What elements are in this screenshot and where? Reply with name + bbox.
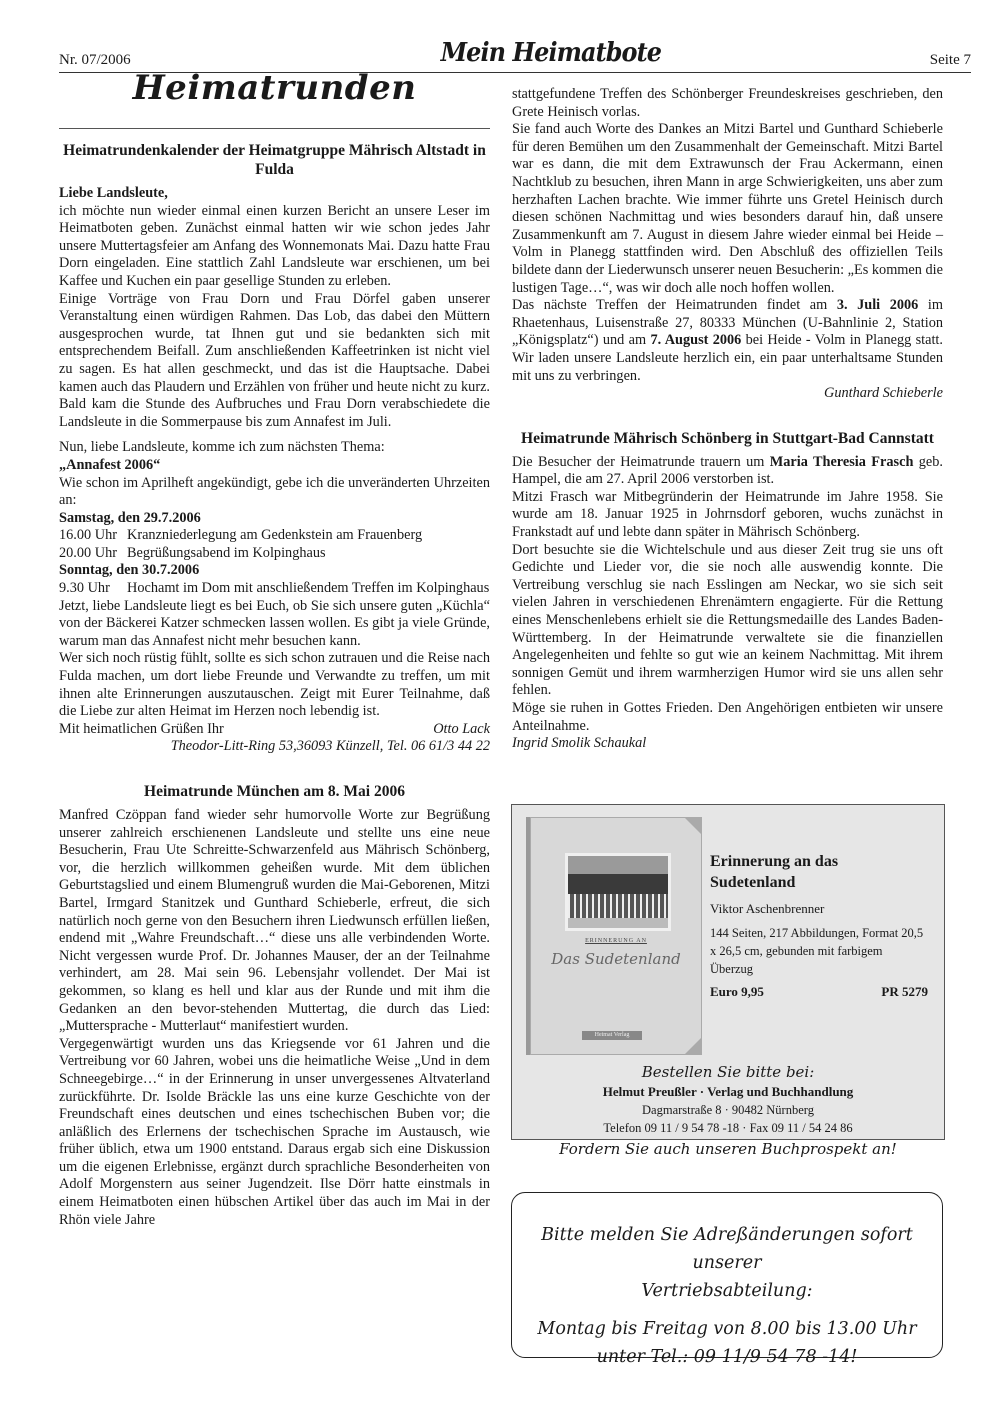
book-title: Erinnerung an das Sudetenland	[710, 851, 928, 893]
paragraph: Möge sie ruhen in Gottes Frieden. Den An…	[512, 700, 943, 735]
right-column: stattgefundene Treffen des Schönberger F…	[512, 86, 943, 753]
schedule-desc: Begrüßungsabend im Kolpinghaus	[127, 545, 490, 563]
cover-title: Das Sudetenland	[530, 950, 702, 968]
paragraph: ich möchte nun wieder einmal einen kurze…	[59, 203, 490, 291]
schedule-time: 16.00 Uhr	[59, 527, 127, 545]
paragraph: Wer sich noch rüstig fühlt, sollte es si…	[59, 650, 490, 720]
schedule-desc: Kranzniederlegung am Gedenkstein am Frau…	[127, 527, 490, 545]
publisher-phone: Telefon 09 11 / 9 54 78 -18 · Fax 09 11 …	[512, 1121, 944, 1136]
paragraph: Sie fand auch Worte des Dankes an Mitzi …	[512, 121, 943, 297]
paragraph: Das nächste Treffen der Heimatrunden fin…	[512, 297, 943, 385]
left-column: Heimatrunden Heimatrundenkalender der He…	[59, 80, 490, 1229]
notice-line: Vertriebsabteilung:	[512, 1277, 942, 1305]
address-change-notice: Bitte melden Sie Adreßänderungen sofort …	[511, 1192, 943, 1358]
issue-number: Nr. 07/2006	[59, 52, 131, 69]
notice-line: Montag bis Freitag von 8.00 bis 13.00 Uh…	[512, 1315, 942, 1343]
greeting: Liebe Landsleute,	[59, 185, 490, 203]
notice-line: Bitte melden Sie Adreßänderungen sofort …	[512, 1221, 942, 1277]
masthead-logo: Mein Heimatbote	[441, 38, 661, 68]
author-name: Ingrid Smolik Schaukal	[512, 735, 646, 753]
author-name: Gunthard Schieberle	[512, 385, 943, 403]
article-stuttgart: Heimatrunde Mährisch Schönberg in Stuttg…	[512, 429, 943, 753]
book-code: PR 5279	[881, 984, 928, 1000]
article-title: Heimatrunde München am 8. Mai 2006	[59, 782, 490, 801]
paragraph: Nun, liebe Landsleute, komme ich zum näc…	[59, 439, 490, 457]
article-title: Heimatrunde Mährisch Schönberg in Stuttg…	[512, 429, 943, 448]
schedule-time: 9.30 Uhr	[59, 580, 127, 598]
paragraph: Manfred Czöppan fand wieder sehr humorvo…	[59, 807, 490, 1036]
publisher-address: Dagmarstraße 8 · 90482 Nürnberg	[512, 1103, 944, 1118]
paragraph: Wie schon im Aprilheft angekündigt, gebe…	[59, 475, 490, 510]
price-row: Euro 9,95 PR 5279	[710, 984, 928, 1000]
author-address: Theodor-Litt-Ring 53,36093 Künzell, Tel.…	[59, 738, 490, 756]
publisher-logo: Heimat Verlag	[582, 1031, 642, 1040]
schedule-time: 20.00 Uhr	[59, 545, 127, 563]
book-advertisement: ERINNERUNG AN Das Sudetenland Heimat Ver…	[511, 804, 945, 1140]
paragraph: Einige Vorträge von Frau Dorn und Frau D…	[59, 291, 490, 432]
closing: Mit heimatlichen Grüßen Ihr	[59, 721, 224, 739]
section-banner: Heimatrunden	[59, 80, 490, 129]
article-title: Heimatrundenkalender der Heimatgruppe Mä…	[59, 141, 490, 179]
paragraph: Mitzi Frasch war Mitbegründerin der Heim…	[512, 489, 943, 542]
page-number: Seite 7	[930, 52, 971, 69]
topic-heading: „Annafest 2006“	[59, 457, 490, 475]
article-fulda: Heimatrundenkalender der Heimatgruppe Mä…	[59, 141, 490, 756]
publisher-name: Helmut Preußler · Verlag und Buchhandlun…	[512, 1084, 944, 1100]
book-price: Euro 9,95	[710, 984, 764, 1000]
book-cover-image: ERINNERUNG AN Das Sudetenland Heimat Ver…	[526, 817, 702, 1055]
schedule-desc: Hochamt im Dom mit anschließendem Treffe…	[127, 580, 490, 598]
signature-row: Möge sie ruhen in Gottes Frieden. Den An…	[512, 700, 943, 753]
schedule-day: Sonntag, den 30.7.2006	[59, 562, 490, 580]
schedule-day: Samstag, den 29.7.2006	[59, 510, 490, 528]
colonnade-photo	[565, 853, 671, 931]
article-muenchen: Heimatrunde München am 8. Mai 2006 Manfr…	[59, 782, 490, 1229]
catalog-note: Fordern Sie auch unseren Buchprospekt an…	[512, 1140, 944, 1158]
notice-line: unter Tel.: 09 11/9 54 78 -14!	[512, 1343, 942, 1371]
signature-row: Mit heimatlichen Grüßen Ihr Otto Lack	[59, 721, 490, 739]
article-muenchen-continued: stattgefundene Treffen des Schönberger F…	[512, 86, 943, 403]
paragraph: Die Besucher der Heimatrunde trauern um …	[512, 454, 943, 489]
schedule-item: 20.00 Uhr Begrüßungsabend im Kolpinghaus	[59, 545, 490, 563]
paragraph: stattgefundene Treffen des Schönberger F…	[512, 86, 943, 121]
book-info: Erinnerung an das Sudetenland Viktor Asc…	[710, 851, 928, 1000]
schedule-item: 16.00 Uhr Kranzniederlegung am Gedenkste…	[59, 527, 490, 545]
book-details: 144 Seiten, 217 Abbildungen, Format 20,5…	[710, 924, 928, 978]
paragraph: Jetzt, liebe Landsleute liegt es bei Euc…	[59, 598, 490, 651]
section-title: Heimatrunden	[59, 80, 490, 98]
cover-subtitle: ERINNERUNG AN	[530, 938, 702, 944]
order-prompt: Bestellen Sie bitte bei:	[512, 1063, 944, 1081]
book-author: Viktor Aschenbrenner	[710, 901, 928, 917]
paragraph: Dort besuchte sie die Wichtelschule und …	[512, 542, 943, 700]
schedule-item: 9.30 Uhr Hochamt im Dom mit anschließend…	[59, 580, 490, 598]
author-name: Otto Lack	[433, 721, 490, 739]
order-info: Bestellen Sie bitte bei: Helmut Preußler…	[512, 1063, 944, 1158]
paragraph: Vergegenwärtigt wurden uns das Kriegsend…	[59, 1036, 490, 1230]
